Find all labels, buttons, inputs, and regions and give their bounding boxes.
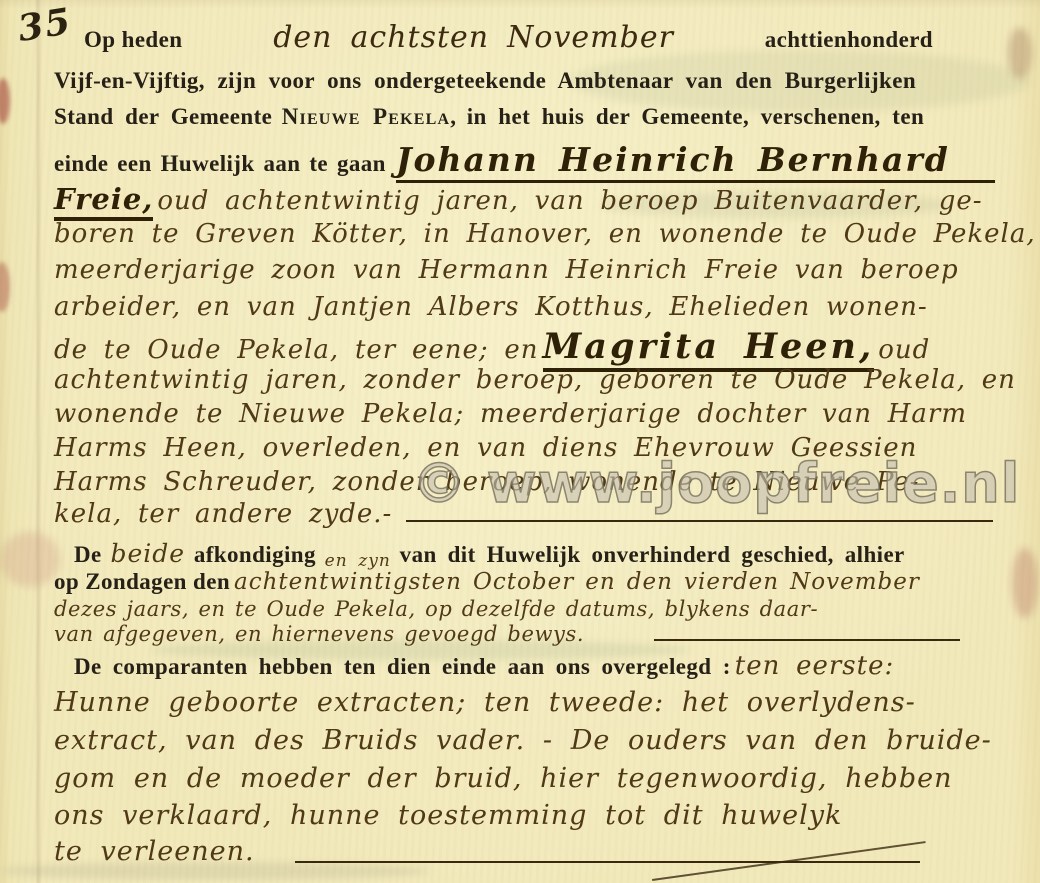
- text-line: kela, ter andere zyde.-: [54, 499, 995, 531]
- text-line: einde een Huwelijk aan te gaan Johann He…: [54, 140, 995, 182]
- printed-text: achttienhonderd: [765, 27, 933, 53]
- text-line: Vijf-en-Vijftig, zijn voor ons ondergete…: [54, 68, 995, 104]
- handwritten-text: achtentwintigsten October en den vierden…: [234, 569, 920, 595]
- text-line: Harms Heen, overleden, en van diens Ehev…: [54, 433, 995, 467]
- text-line: gom en de moeder der bruid, hier tegenwo…: [54, 763, 995, 800]
- text-line: Freie, oud achtentwintig jaren, van bero…: [54, 182, 995, 219]
- handwritten-text: oud achtentwintig jaren, van beroep Buit…: [157, 186, 982, 216]
- printed-text: Stand der Gemeente: [54, 104, 272, 129]
- text-line: wonende te Nieuwe Pekela; meerderjarige …: [54, 399, 995, 433]
- handwritten-text: dezes jaars, en te Oude Pekela, op dezel…: [54, 597, 818, 621]
- handwritten-text: te verleenen.: [54, 836, 255, 867]
- handwritten-text: kela, ter andere zyde.-: [54, 499, 392, 529]
- handwritten-text: Harms Schreuder, zonder beroep, wonende …: [54, 467, 919, 497]
- printed-text: Vijf-en-Vijftig, zijn voor ons ondergete…: [54, 68, 916, 93]
- handwritten-text: Hunne geboorte extracten; ten tweede: he…: [54, 687, 916, 718]
- handwritten-name: Freie,: [54, 182, 153, 221]
- handwritten-text: gom en de moeder der bruid, hier tegenwo…: [54, 763, 953, 794]
- text-line: ons verklaard, hunne toestemming tot dit…: [54, 800, 995, 836]
- text-line: De comparanten hebben ten dien einde aan…: [54, 651, 995, 687]
- text-line: meerderjarige zoon van Hermann Heinrich …: [54, 255, 995, 292]
- handwritten-insertion: en zyn: [325, 551, 391, 571]
- text-line: Op heden den achtsten November achttienh…: [54, 16, 995, 68]
- printed-text: Op heden: [84, 27, 182, 53]
- printed-smallcaps-text: Nieuwe Pekela,: [282, 104, 458, 129]
- handwritten-text: ten eerste:: [735, 651, 894, 681]
- text-line: De beide afkondiging en zyn van dit Huwe…: [54, 539, 995, 569]
- handwritten-text: meerderjarige zoon van Hermann Heinrich …: [54, 255, 959, 285]
- printed-text: afkondiging: [194, 542, 316, 567]
- text-line: te verleenen.: [54, 836, 995, 872]
- text-line: Hunne geboorte extracten; ten tweede: he…: [54, 687, 995, 725]
- ink-rule: [406, 520, 993, 522]
- printed-text: op Zondagen den: [54, 569, 230, 594]
- document-lines: Op heden den achtsten November achttienh…: [0, 0, 1040, 872]
- ink-rule: [654, 639, 960, 641]
- text-line: dezes jaars, en te Oude Pekela, op dezel…: [54, 597, 995, 622]
- handwritten-text: van afgegeven, en hiernevens gevoegd bew…: [54, 622, 584, 646]
- handwritten-text: arbeider, en van Jantjen Albers Kotthus,…: [54, 292, 928, 322]
- printed-text: De: [74, 542, 102, 567]
- handwritten-text: achtentwintig jaren, zonder beroep, gebo…: [54, 365, 1016, 395]
- text-line: de te Oude Pekela, ter eene; en Magrita …: [54, 326, 995, 365]
- text-line: van afgegeven, en hiernevens gevoegd bew…: [54, 622, 995, 647]
- ink-rule: [295, 861, 920, 863]
- printed-text: van dit Huwelijk onverhinderd geschied, …: [400, 542, 905, 567]
- printed-text: De comparanten hebben ten dien einde aan…: [74, 654, 731, 679]
- document-page: 35 Op heden den achtsten November achtti…: [0, 0, 1040, 883]
- handwritten-text: de te Oude Pekela, ter eene; en: [54, 335, 539, 365]
- handwritten-text: Harms Heen, overleden, en van diens Ehev…: [54, 433, 917, 463]
- handwritten-text: ons verklaard, hunne toestemming tot dit…: [54, 800, 842, 831]
- printed-text: in het huis der Gemeente, verschenen, te…: [467, 104, 924, 129]
- text-line: achtentwintig jaren, zonder beroep, gebo…: [54, 365, 995, 399]
- text-line: Stand der Gemeente Nieuwe Pekela, in het…: [54, 104, 995, 140]
- text-line: Harms Schreuder, zonder beroep, wonende …: [54, 467, 995, 499]
- text-line: boren te Greven Kötter, in Hanover, en w…: [54, 219, 995, 255]
- handwritten-text: wonende te Nieuwe Pekela; meerderjarige …: [54, 399, 967, 429]
- text-line: arbeider, en van Jantjen Albers Kotthus,…: [54, 292, 995, 326]
- handwritten-name: Johann Heinrich Bernhard: [396, 140, 995, 183]
- text-line: extract, van des Bruids vader. - De oude…: [54, 725, 995, 763]
- handwritten-text: boren te Greven Kötter, in Hanover, en w…: [54, 219, 1036, 249]
- handwritten-text: oud: [878, 335, 930, 365]
- handwritten-text: beide: [110, 539, 185, 568]
- handwritten-date: den achtsten November: [273, 20, 674, 55]
- handwritten-text: extract, van des Bruids vader. - De oude…: [54, 725, 992, 756]
- text-line: op Zondagen den achtentwintigsten Octobe…: [54, 569, 995, 597]
- printed-text: einde een Huwelijk aan te gaan: [54, 151, 386, 177]
